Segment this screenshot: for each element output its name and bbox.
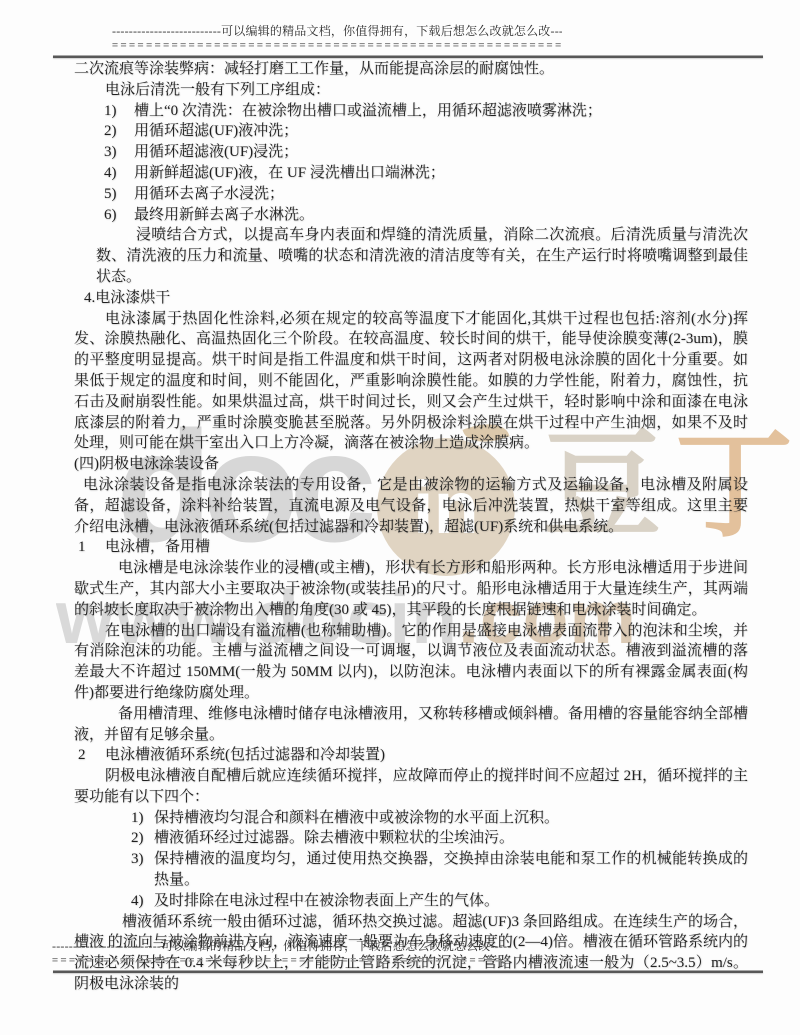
- wash-step-3-text: 用循环超滤液(UF)浸洗；: [134, 142, 748, 163]
- circulation-step-3-number: 3): [131, 849, 154, 891]
- header-equals-row: ========================================…: [112, 40, 562, 51]
- wash-step-1-text: 槽上“0 次清洗：在被涂物出槽口或溢流槽上，用循环超滤液喷雾淋洗；: [134, 101, 748, 122]
- wash-step-4: 4) 用新鲜超滤(UF)液，在 UF 浸洗槽出口端淋洗；: [74, 163, 748, 184]
- wash-step-4-text: 用新鲜超滤(UF)液，在 UF 浸洗槽出口端淋洗；: [134, 163, 748, 184]
- paragraph-circulation-intro: 阴极电泳槽液自配槽后就应连续循环搅拌，应故障而停止的搅拌时间不应超过 2H，循环…: [74, 766, 748, 808]
- paragraph-coating-defects: 二次流痕等涂装弊病：减轻打磨工工作量，从而能提高涂层的耐腐蚀性。: [74, 59, 748, 80]
- scanned-document-page: --------------------------可以编辑的精品文档，你值得拥…: [0, 0, 800, 1035]
- wash-step-6-number: 6): [104, 205, 134, 226]
- wash-step-3-number: 3): [104, 142, 134, 163]
- circulation-step-3: 3) 保持槽液的温度均匀，通过使用热交换器，交换掉由涂装电能和泵工作的机械能转换…: [74, 849, 748, 891]
- header-rule: [53, 55, 763, 58]
- wash-step-1: 1) 槽上“0 次清洗：在被涂物出槽口或溢流槽上，用循环超滤液喷雾淋洗；: [74, 101, 748, 122]
- heading-tank-number: 1: [74, 537, 105, 558]
- paragraph-overflow-tank: 在电泳槽的出口端设有溢流槽(也称辅助槽)。它的作用是盛接电泳槽表面流带入的泡沫和…: [74, 621, 748, 704]
- heading-section-4-baking: 4.电泳漆烘干: [74, 288, 748, 309]
- circulation-step-1: 1) 保持槽液均匀混合和颜料在槽液中或被涂物的水平面上沉积。: [74, 808, 748, 829]
- wash-step-1-number: 1): [104, 101, 134, 122]
- header-banner-text: --------------------------可以编辑的精品文档，你值得拥…: [112, 22, 562, 39]
- heading-circulation-section: 2 电泳槽液循环系统(包括过滤器和冷却装置): [74, 745, 748, 766]
- wash-step-3: 3) 用循环超滤液(UF)浸洗；: [74, 142, 748, 163]
- heading-section-si-equipment: (四)阴极电泳涂装设备: [74, 454, 748, 475]
- circulation-step-4: 4) 及时排除在电泳过程中在被涂物表面上产生的气体。: [74, 891, 748, 912]
- paragraph-tank-shape: 电泳槽是电泳涂装作业的浸槽(或主槽)，形状有长方形和船形两种。长方形电泳槽适用于…: [74, 558, 748, 620]
- wash-step-6: 6) 最终用新鲜去离子水淋洗。: [74, 205, 748, 226]
- document-content: 二次流痕等涂装弊病：减轻打磨工工作量，从而能提高涂层的耐腐蚀性。 电泳后清洗一般…: [74, 59, 748, 995]
- circulation-step-2-text: 槽液循环经过过滤器。除去槽液中颗粒状的尘埃油污。: [154, 828, 748, 849]
- page-footer: --------------------------可以编辑的精品文档，你值得拥…: [52, 937, 512, 966]
- paragraph-equipment-overview: 电泳涂装设备是指电泳涂装法的专用设备，它是由被涂物的运输方式及运输设备，电泳槽及…: [74, 475, 748, 537]
- wash-step-5: 5) 用循环去离子水浸洗；: [74, 184, 748, 205]
- circulation-step-2: 2) 槽液循环经过过滤器。除去槽液中颗粒状的尘埃油污。: [74, 828, 748, 849]
- paragraph-baking-detail: 电泳漆属于热固化性涂料,必须在规定的较高等温度下才能固化,其烘干过程也包括:溶剂…: [74, 309, 748, 455]
- page-header: --------------------------可以编辑的精品文档，你值得拥…: [112, 22, 562, 51]
- circulation-step-1-number: 1): [131, 808, 154, 829]
- wash-step-4-number: 4): [104, 163, 134, 184]
- circulation-step-1-text: 保持槽液均匀混合和颜料在槽液中或被涂物的水平面上沉积。: [154, 808, 748, 829]
- wash-step-5-text: 用循环去离子水浸洗；: [134, 184, 748, 205]
- wash-step-5-number: 5): [104, 184, 134, 205]
- circulation-step-4-number: 4): [131, 891, 154, 912]
- circulation-step-2-number: 2): [131, 828, 154, 849]
- footer-rule: [53, 970, 763, 973]
- circulation-step-4-text: 及时排除在电泳过程中在被涂物表面上产生的气体。: [154, 891, 748, 912]
- heading-tank-title: 电泳槽，备用槽: [105, 537, 210, 558]
- paragraph-wash-note: 浸喷结合方式，以提高车身内表面和焊缝的清洗质量，消除二次流痕。后清洗质量与清洗次…: [74, 225, 748, 287]
- heading-circulation-title: 电泳槽液循环系统(包括过滤器和冷却装置): [105, 745, 385, 766]
- footer-banner-text: --------------------------可以编辑的精品文档，你值得拥…: [52, 937, 512, 954]
- heading-circulation-number: 2: [74, 745, 105, 766]
- paragraph-wash-intro: 电泳后清洗一般有下列工序组成：: [74, 80, 748, 101]
- heading-tank-section: 1 电泳槽，备用槽: [74, 537, 748, 558]
- wash-step-6-text: 最终用新鲜去离子水淋洗。: [134, 205, 748, 226]
- paragraph-backup-tank: 备用槽清理、维修电泳槽时储存电泳槽液用，又称转移槽或倾斜槽。备用槽的容量能容纳全…: [74, 704, 748, 746]
- wash-step-2: 2) 用循环超滤(UF)液冲洗；: [74, 121, 748, 142]
- footer-equals-row: ========================================…: [52, 955, 512, 966]
- wash-step-2-text: 用循环超滤(UF)液冲洗；: [134, 121, 748, 142]
- circulation-step-3-text: 保持槽液的温度均匀，通过使用热交换器，交换掉由涂装电能和泵工作的机械能转换成的热…: [154, 849, 748, 891]
- wash-step-2-number: 2): [104, 121, 134, 142]
